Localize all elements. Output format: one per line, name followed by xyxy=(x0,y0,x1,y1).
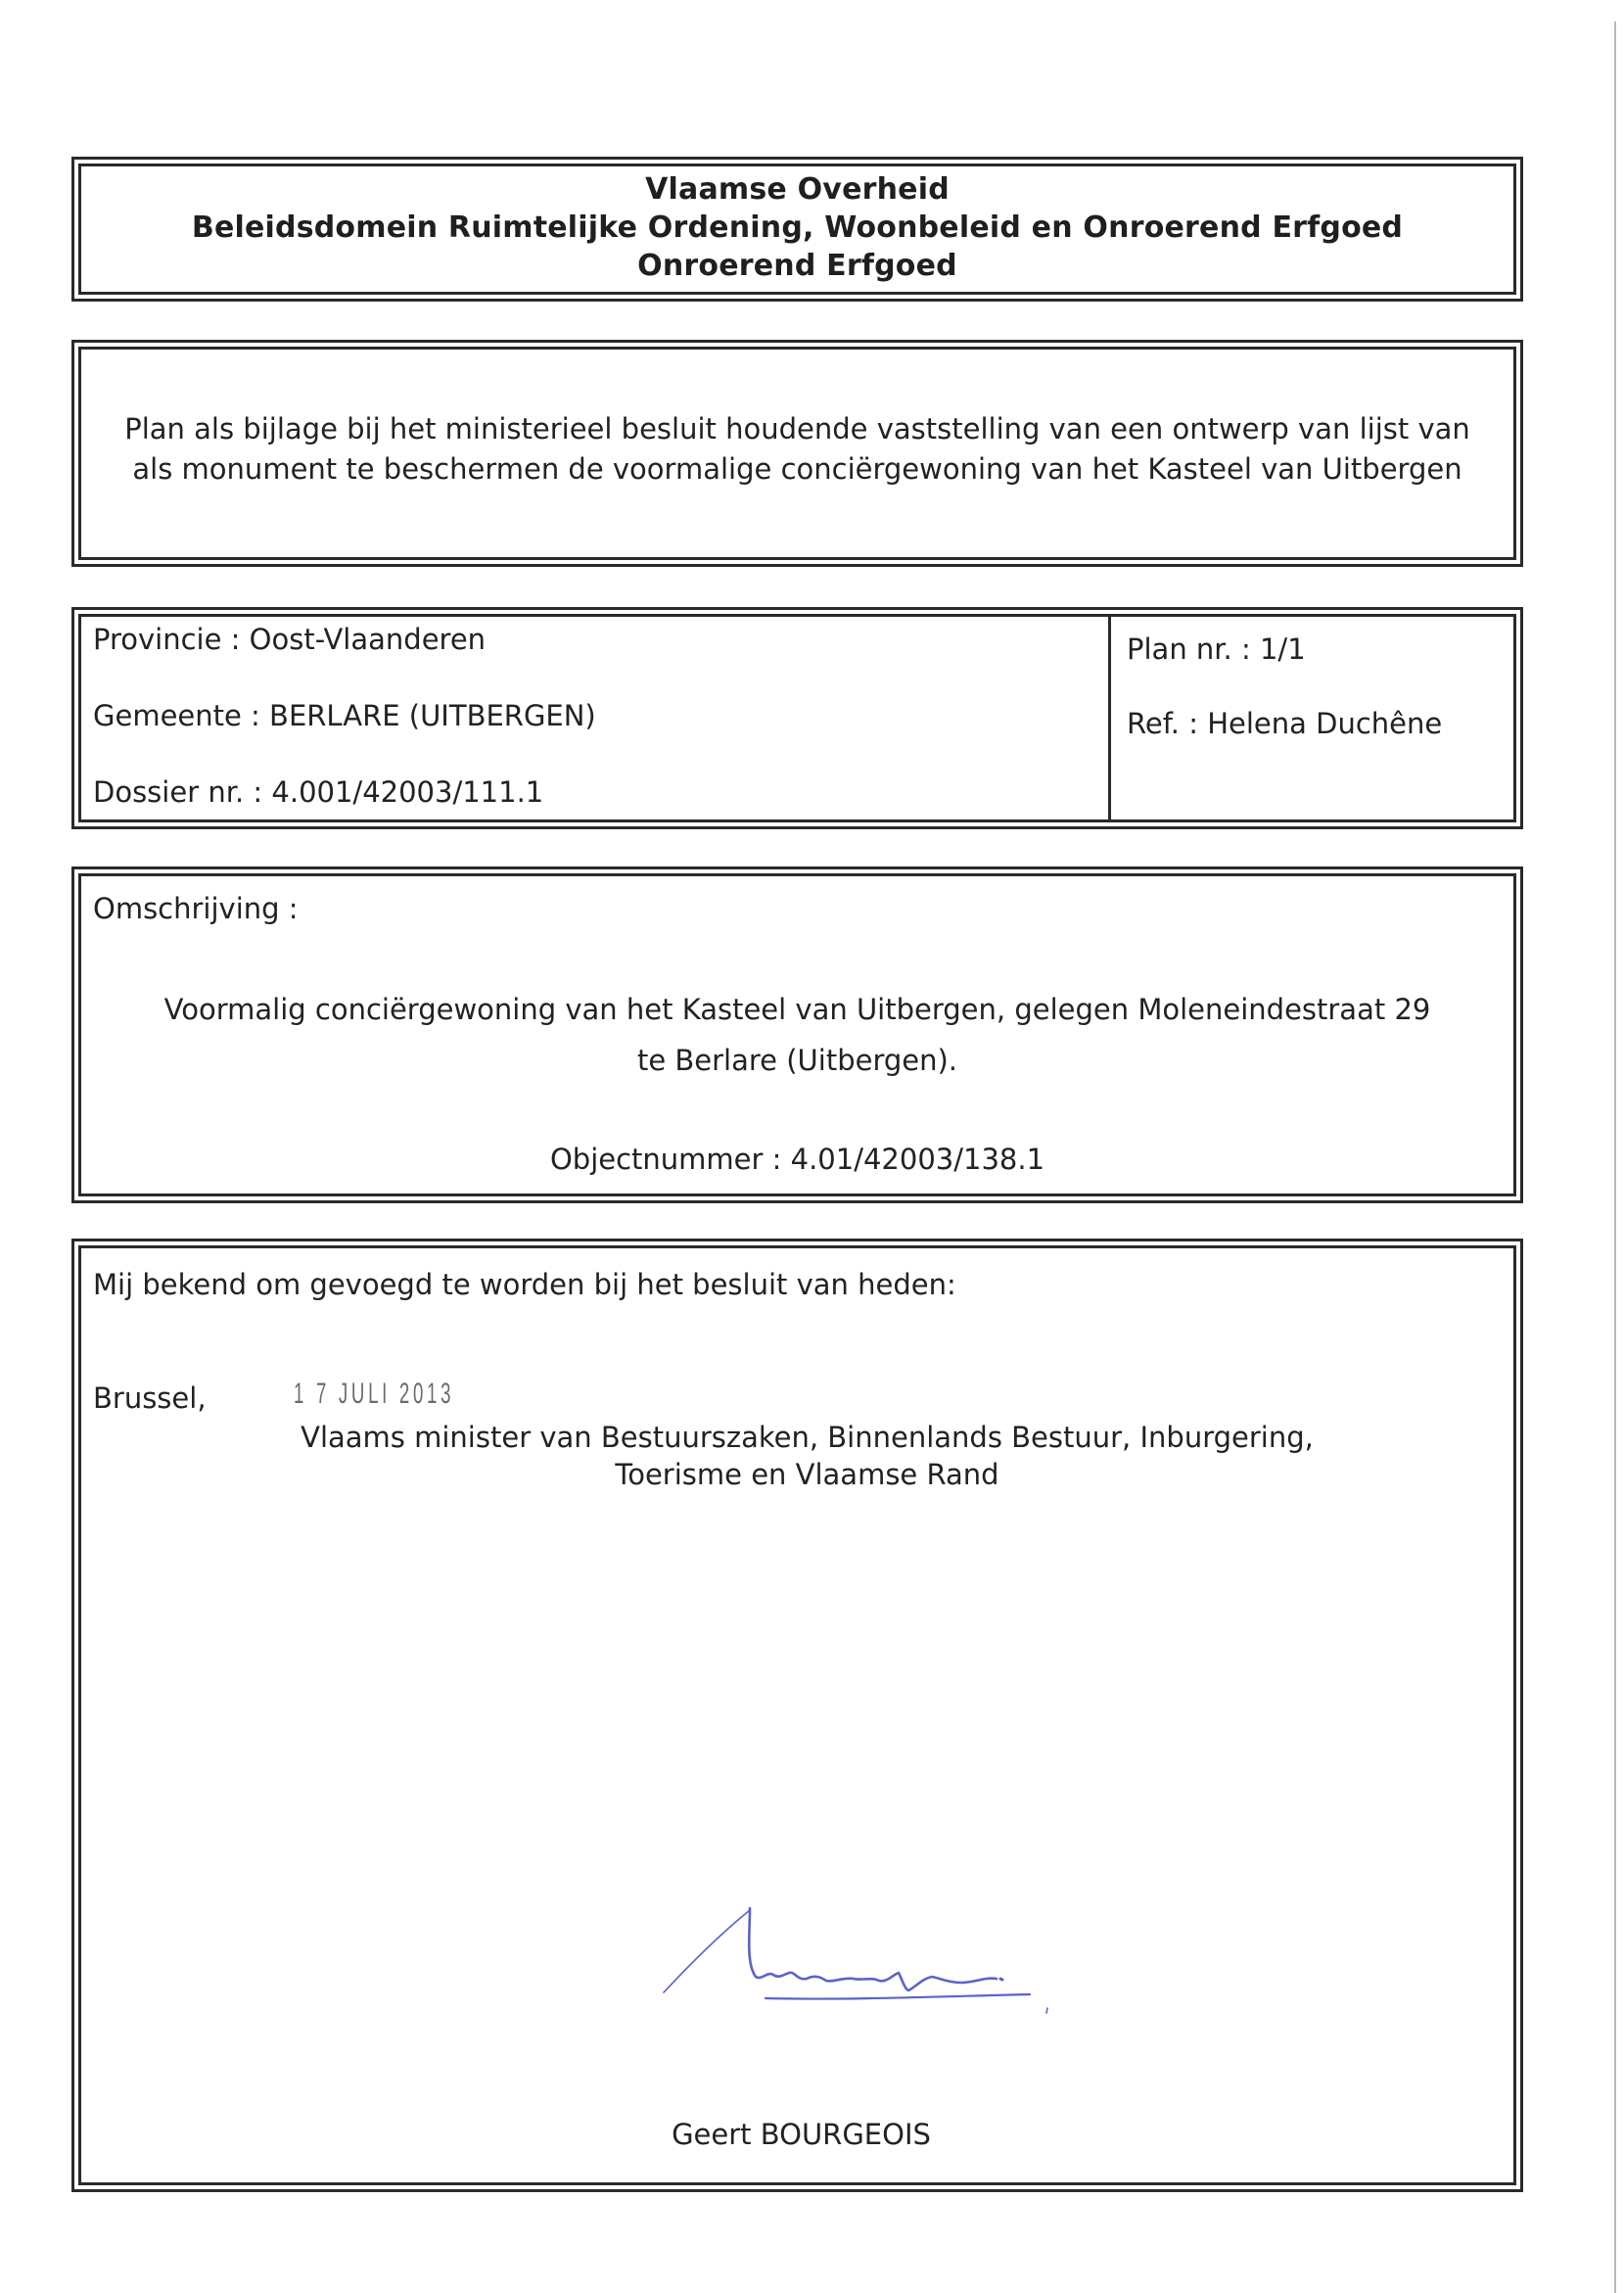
signer-name: Geert BOURGEOIS xyxy=(81,2118,1513,2151)
omschrijving-description: Voormalig conciërgewoning van het Kastee… xyxy=(81,984,1513,1086)
header-box-inner: Vlaamse Overheid Beleidsdomein Ruimtelij… xyxy=(78,164,1516,295)
details-box-inner: Provincie : Oost-Vlaanderen Gemeente : B… xyxy=(78,614,1516,822)
approval-box-inner: Mij bekend om gevoegd te worden bij het … xyxy=(78,1245,1516,2185)
omschrijving-description-line1: Voormalig conciërgewoning van het Kastee… xyxy=(91,984,1504,1035)
header-box: Vlaamse Overheid Beleidsdomein Ruimtelij… xyxy=(71,157,1523,302)
header-agency: Onroerend Erfgoed xyxy=(637,247,957,285)
approval-box: Mij bekend om gevoegd te worden bij het … xyxy=(71,1239,1523,2192)
minister-title: Vlaams minister van Bestuurszaken, Binne… xyxy=(81,1419,1513,1493)
objectnummer: Objectnummer : 4.01/42003/138.1 xyxy=(81,1143,1513,1176)
details-box: Provincie : Oost-Vlaanderen Gemeente : B… xyxy=(71,607,1523,829)
details-left-column: Provincie : Oost-Vlaanderen Gemeente : B… xyxy=(81,617,1111,819)
scan-edge-line xyxy=(1614,22,1616,2293)
date-stamp: 1 7 JULI 2013 xyxy=(294,1378,454,1411)
signature-icon xyxy=(652,1895,1063,2022)
minister-title-line2: Toerisme en Vlaamse Rand xyxy=(101,1456,1513,1493)
plan-nr-field: Plan nr. : 1/1 xyxy=(1127,632,1306,666)
omschrijving-label: Omschrijving : xyxy=(93,892,299,925)
place-label: Brussel, xyxy=(93,1381,207,1415)
omschrijving-description-line2: te Berlare (Uitbergen). xyxy=(91,1035,1504,1086)
header-department: Beleidsdomein Ruimtelijke Ordening, Woon… xyxy=(192,209,1403,247)
omschrijving-box: Omschrijving : Voormalig conciërgewoning… xyxy=(71,866,1523,1203)
plan-description-box-inner: Plan als bijlage bij het ministerieel be… xyxy=(78,347,1516,560)
approval-statement: Mij bekend om gevoegd te worden bij het … xyxy=(93,1268,956,1301)
omschrijving-box-inner: Omschrijving : Voormalig conciërgewoning… xyxy=(78,873,1516,1196)
gemeente-field: Gemeente : BERLARE (UITBERGEN) xyxy=(93,699,596,732)
ref-field: Ref. : Helena Duchêne xyxy=(1127,707,1442,740)
dossier-field: Dossier nr. : 4.001/42003/111.1 xyxy=(93,775,543,809)
header-title: Vlaamse Overheid xyxy=(645,170,950,209)
plan-description-box: Plan als bijlage bij het ministerieel be… xyxy=(71,340,1523,567)
plan-description: Plan als bijlage bij het ministerieel be… xyxy=(113,409,1483,490)
minister-title-line1: Vlaams minister van Bestuurszaken, Binne… xyxy=(101,1419,1513,1456)
details-right-column: Plan nr. : 1/1 Ref. : Helena Duchêne xyxy=(1111,617,1513,819)
provincie-field: Provincie : Oost-Vlaanderen xyxy=(93,623,486,656)
